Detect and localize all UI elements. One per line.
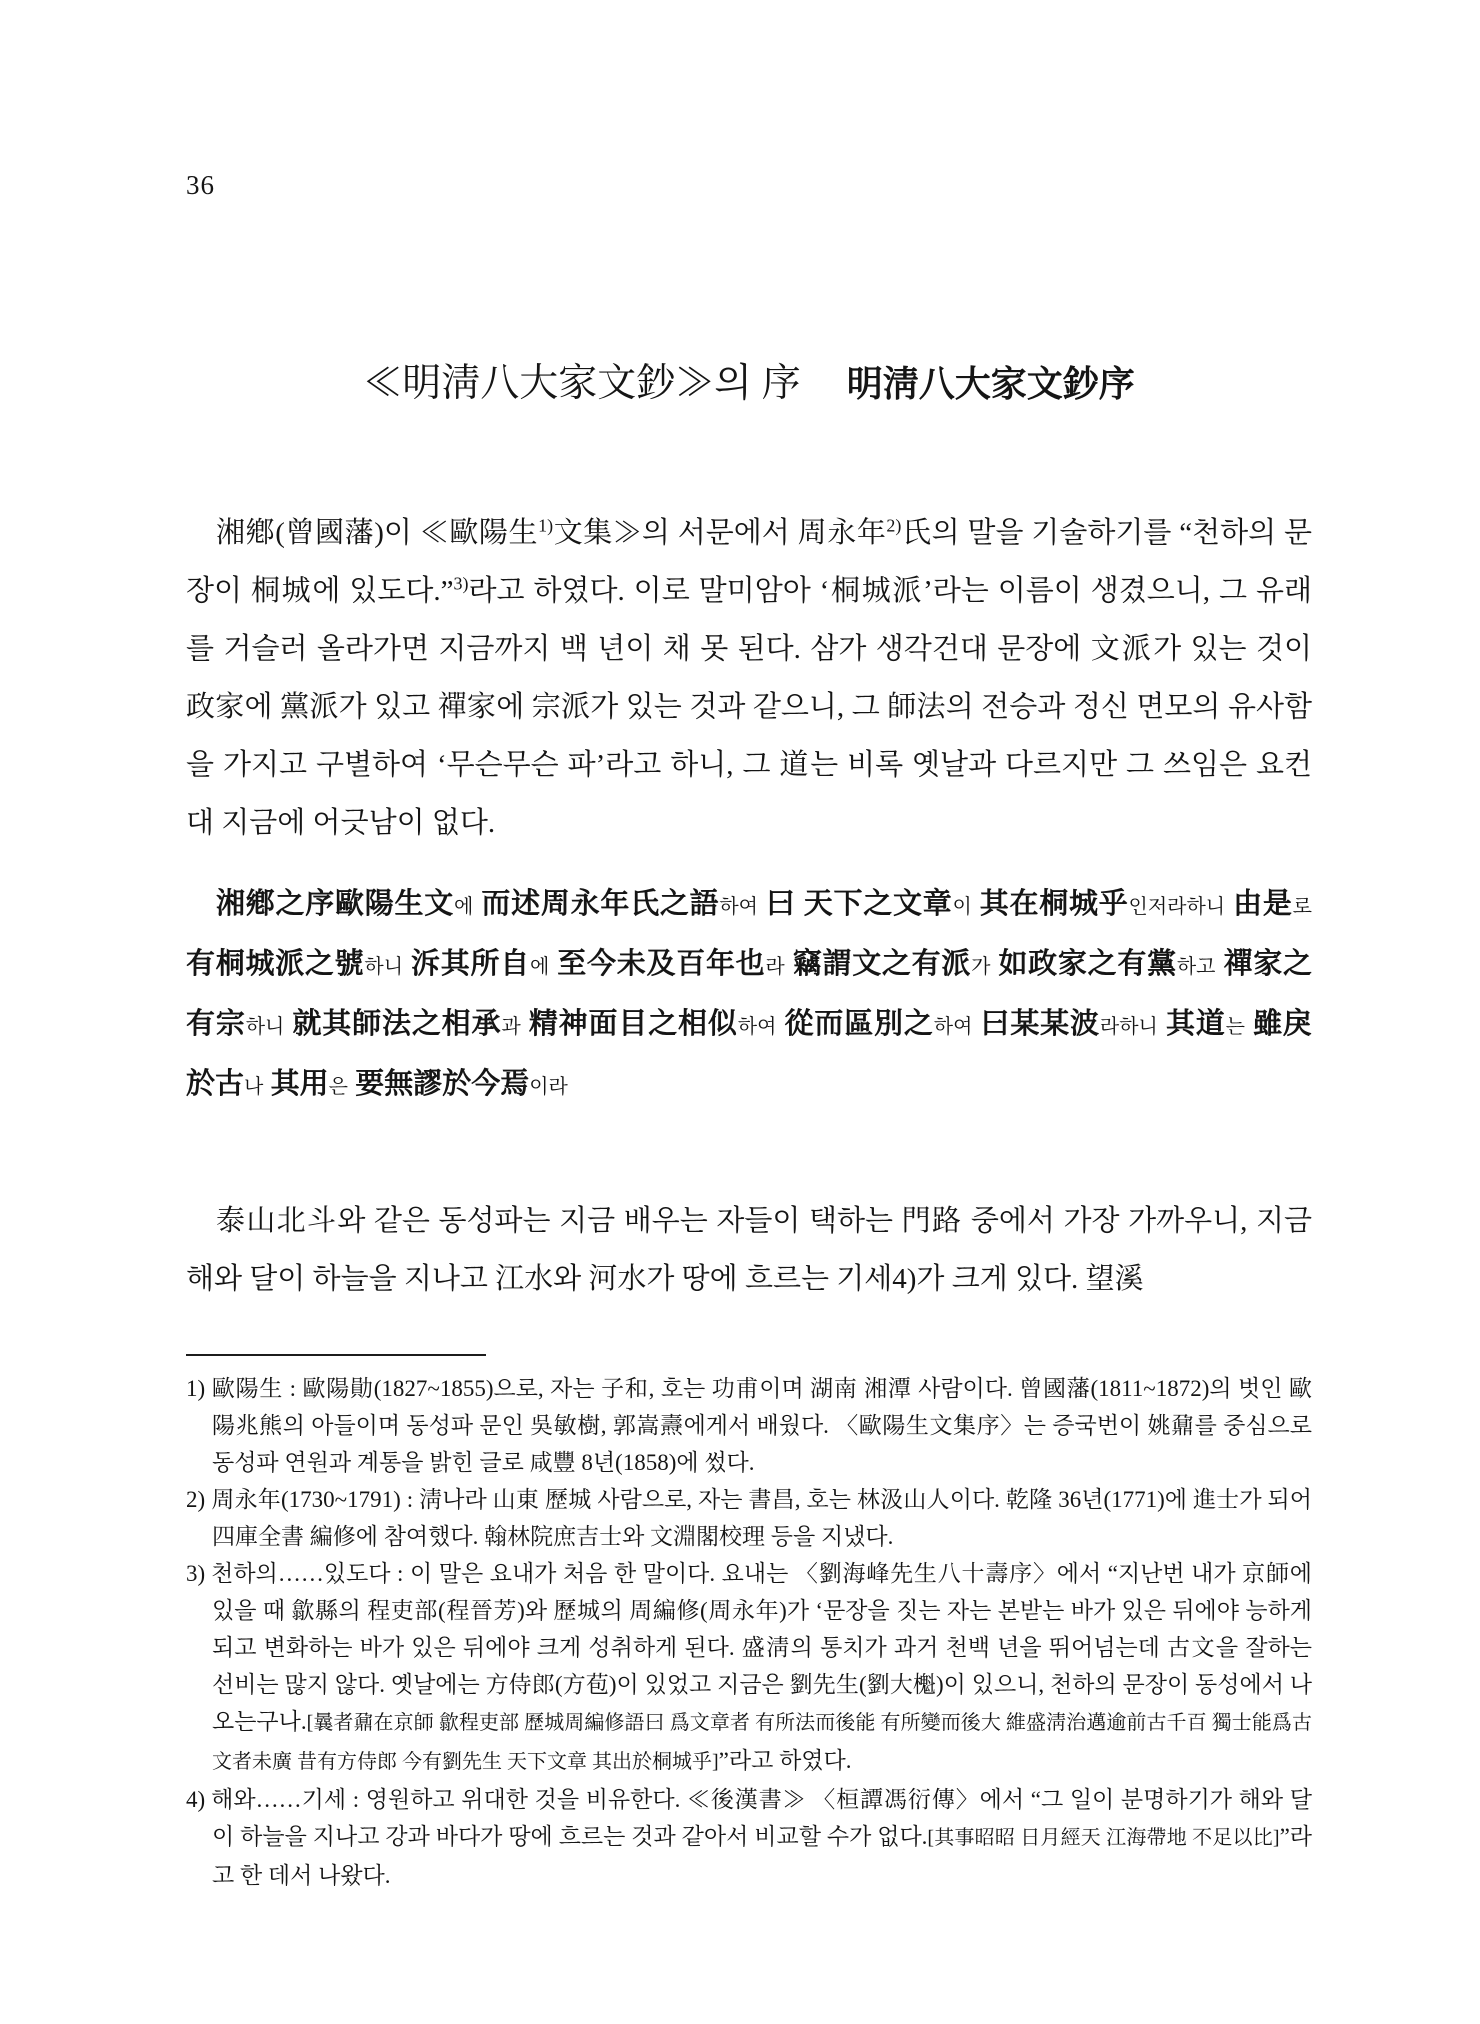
paragraph-commentary: 泰山北斗와 같은 동성파는 지금 배우는 자들이 택하는 門路 중에서 가장 가… [186,1192,1312,1308]
paragraph-hanmun-original: 湘鄕之序歐陽生文에 而述周永年氏之語하여 曰 天下之文章이 其在桐城乎인저라하니… [186,876,1312,1116]
footnote-3-text: 천하의……있도다 : 이 말은 요내가 처음 한 말이다. 요내는 〈劉海峰先生… [211,1561,1312,1773]
footnote-1-text: 歐陽生 : 歐陽勛(1827~1855)으로, 자는 子和, 호는 功甫이며 湖… [211,1376,1312,1475]
footnote-4-text: 해와……기세 : 영원하고 위대한 것을 비유한다. ≪後漢書≫ 〈桓譚馮衍傳〉… [211,1787,1312,1888]
footnote-2: 2)周永年(1730~1791) : 淸나라 山東 歷城 사람으로, 자는 書昌… [186,1481,1312,1555]
footnote-3-marker: 3) [186,1561,205,1586]
paragraph-translation: 湘鄕(曾國藩)이 ≪歐陽生1)文集≫의 서문에서 周永年2)氏의 말을 기술하기… [186,504,1312,852]
footnote-1: 1)歐陽生 : 歐陽勛(1827~1855)으로, 자는 子和, 호는 功甫이며… [186,1370,1312,1481]
title-korean: ≪明淸八大家文鈔≫의 序 [363,362,800,405]
footnote-1-marker: 1) [186,1376,205,1401]
footnote-2-marker: 2) [186,1487,205,1512]
footnote-3: 3)천하의……있도다 : 이 말은 요내가 처음 한 말이다. 요내는 〈劉海峰… [186,1555,1312,1781]
footnote-separator [186,1354,486,1356]
footnote-4-marker: 4) [186,1787,205,1812]
page-title: ≪明淸八大家文鈔≫의 序明淸八大家文鈔序 [186,352,1312,408]
footnote-4: 4)해와……기세 : 영원하고 위대한 것을 비유한다. ≪後漢書≫ 〈桓譚馮衍… [186,1781,1312,1894]
footnotes-section: 1)歐陽生 : 歐陽勛(1827~1855)으로, 자는 子和, 호는 功甫이며… [186,1370,1312,1894]
document-body: ≪明淸八大家文鈔≫의 序明淸八大家文鈔序 湘鄕(曾國藩)이 ≪歐陽生1)文集≫의… [186,0,1312,1894]
footnote-2-text: 周永年(1730~1791) : 淸나라 山東 歷城 사람으로, 자는 書昌, … [211,1487,1312,1549]
title-hanja: 明淸八大家文鈔序 [847,364,1135,404]
